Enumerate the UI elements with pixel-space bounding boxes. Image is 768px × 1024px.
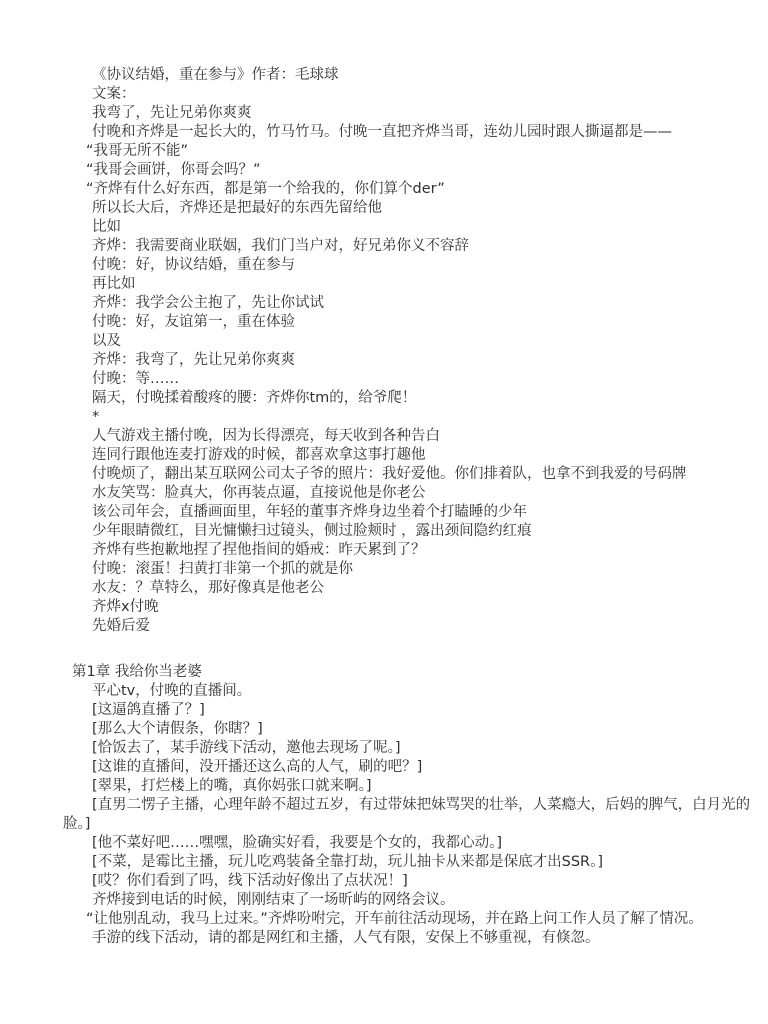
text-line: 先婚后爱	[92, 617, 768, 636]
text-line: [翠果，打烂楼上的嘴，真你妈张口就来啊。]	[92, 777, 768, 796]
chapter-heading: 第1章 我给你当老婆	[72, 663, 768, 682]
text-line: 少年眼睛微红，目光慵懒扫过镜头，侧过脸颊时 ，露出颈间隐约红痕	[92, 522, 768, 541]
text-line: 我弯了，先让兄弟你爽爽	[92, 104, 768, 123]
text-line: 平心tv，付晚的直播间。	[92, 682, 768, 701]
text-line: 以及	[92, 332, 768, 351]
text-line: 比如	[92, 218, 768, 237]
text-line: 隔天，付晚揉着酸疼的腰：齐烨你tm的，给爷爬！	[92, 389, 768, 408]
text-line: “齐烨有什么好东西，都是第一个给我的，你们算个der”	[86, 180, 768, 199]
text-line: 齐烨x付晚	[92, 598, 768, 617]
document-page: 《协议结婚，重在参与》作者：毛球球文案：我弯了，先让兄弟你爽爽付晚和齐烨是一起长…	[0, 0, 768, 1024]
text-line: 付晚：滚蛋！扫黄打非第一个抓的就是你	[92, 560, 768, 579]
text-line: 付晚烦了，翻出某互联网公司太子爷的照片：我好爱他。你们排着队，也拿不到我爱的号码…	[92, 465, 768, 484]
text-line: [他不菜好吧……嘿嘿，脸确实好看，我要是个女的，我都心动。]	[92, 834, 768, 853]
document-lines: 《协议结婚，重在参与》作者：毛球球文案：我弯了，先让兄弟你爽爽付晚和齐烨是一起长…	[0, 66, 768, 948]
text-line: [直男二愣子主播，心理年龄不超过五岁，有过带妹把妹骂哭的壮举，人菜瘾大，后妈的脾…	[92, 796, 768, 815]
text-line: 文案：	[92, 85, 768, 104]
text-line: 齐烨：我需要商业联姻，我们门当户对，好兄弟你义不容辞	[92, 237, 768, 256]
text-line: [这逼鸽直播了？]	[92, 701, 768, 720]
text-line: 所以长大后，齐烨还是把最好的东西先留给他	[92, 199, 768, 218]
text-line: 付晚：好，协议结婚，重在参与	[92, 256, 768, 275]
text-line: [这谁的直播间，没开播还这么高的人气，刷的吧？]	[92, 758, 768, 777]
text-line: 再比如	[92, 275, 768, 294]
text-line: 齐烨：我学会公主抱了，先让你试试	[92, 294, 768, 313]
text-line: [不菜，是霉比主播，玩儿吃鸡装备全靠打劫，玩儿抽卡从来都是保底才出SSR。]	[92, 853, 768, 872]
text-line: 齐烨有些抱歉地捏了捏他指间的婚戒：昨天累到了？	[92, 541, 768, 560]
text-line: 《协议结婚，重在参与》作者：毛球球	[92, 66, 768, 85]
text-line: 齐烨接到电话的时候，刚刚结束了一场昕屿的网络会议。	[92, 891, 768, 910]
text-line: [恰饭去了，某手游线下活动，邀他去现场了呢。]	[92, 739, 768, 758]
text-line: 人气游戏主播付晚，因为长得漂亮，每天收到各种告白	[92, 427, 768, 446]
text-line: “我哥会画饼，你哥会吗？”	[86, 161, 768, 180]
text-line: *	[92, 408, 768, 427]
text-line: 该公司年会，直播画面里，年轻的董事齐烨身边坐着个打瞌睡的少年	[92, 503, 768, 522]
text-line: 水友笑骂：脸真大，你再装点逼，直接说他是你老公	[92, 484, 768, 503]
text-line: 手游的线下活动，请的都是网红和主播，人气有限，安保上不够重视，有倏忽。	[92, 929, 768, 948]
text-line: [哎？你们看到了吗，线下活动好像出了点状况！]	[92, 872, 768, 891]
text-line: 脸。]	[63, 815, 768, 834]
text-line: 水友：？草特么，那好像真是他老公	[92, 579, 768, 598]
text-line: “让他别乱动，我马上过来。”齐烨吩咐完，开车前往活动现场，并在路上问工作人员了解…	[86, 910, 768, 929]
text-line: “我哥无所不能”	[86, 142, 768, 161]
text-line: 连同行跟他连麦打游戏的时候，都喜欢拿这事打趣他	[92, 446, 768, 465]
text-line: 付晚：好，友谊第一，重在体验	[92, 313, 768, 332]
text-line: 齐烨：我弯了，先让兄弟你爽爽	[92, 351, 768, 370]
text-line: 付晚：等……	[92, 370, 768, 389]
text-line: [那么大个请假条，你瞎？]	[92, 720, 768, 739]
text-line: 付晚和齐烨是一起长大的，竹马竹马。付晚一直把齐烨当哥，连幼儿园时跟人撕逼都是——	[92, 123, 768, 142]
